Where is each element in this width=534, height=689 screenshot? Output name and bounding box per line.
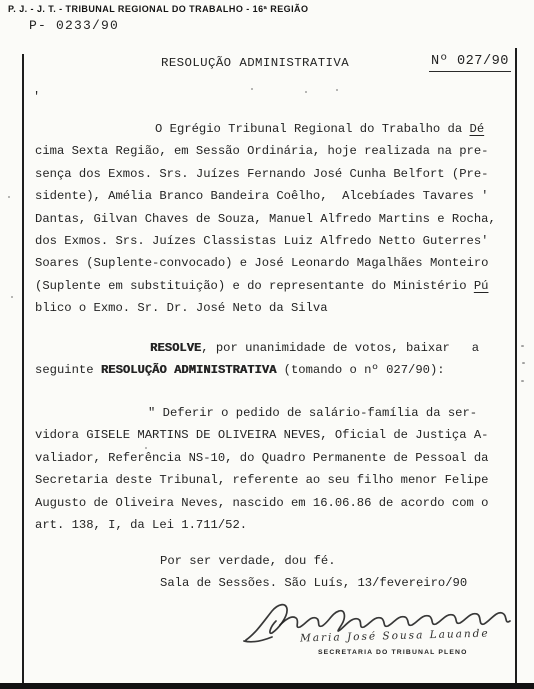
text-segment: , por unanimidade de votos, baixar a	[201, 341, 479, 355]
text-line: dos Exmos. Srs. Juízes Classistas Luiz A…	[35, 230, 521, 252]
page-border-right	[515, 48, 517, 683]
scan-speck	[418, 585, 420, 587]
closing-place-date-line: Sala de Sessões. São Luís, 13/fevereiro/…	[35, 572, 521, 594]
resolution-number: Nº 027/90	[429, 54, 511, 72]
document-title: RESOLUÇÃO ADMINISTRATIVA	[161, 56, 349, 70]
text-line: sença dos Exmos. Srs. Juízes Fernando Jo…	[35, 163, 521, 185]
text-line: blico o Exmo. Sr. Dr. José Neto da Silva	[35, 297, 521, 319]
stamp-office-title: SECRETARIA DO TRIBUNAL PLENO	[318, 649, 468, 656]
scan-speck	[8, 196, 10, 198]
scan-speck	[305, 91, 307, 93]
underlined-syllable: Dé	[470, 122, 485, 136]
scan-speck	[522, 362, 525, 364]
closing-block: Por ser verdade, dou fé. Sala de Sessões…	[35, 550, 521, 595]
text-line: O Egrégio Tribunal Regional do Trabalho …	[35, 118, 521, 140]
process-number: P- 0233/90	[29, 18, 119, 33]
text-line: Dantas, Gilvan Chaves de Souza, Manuel A…	[35, 208, 521, 230]
scan-speck	[251, 88, 253, 90]
text-line: art. 138, I, da Lei 1.711/52.	[35, 514, 521, 536]
text-line: RESOLVE, por unanimidade de votos, baixa…	[35, 337, 521, 359]
emphasized-word: RESOLVE	[150, 341, 201, 355]
letterhead: P. J. - J. T. - TRIBUNAL REGIONAL DO TRA…	[8, 4, 308, 14]
text-line: " Deferir o pedido de salário-família da…	[35, 402, 521, 424]
underlined-syllable: Pú	[474, 279, 489, 293]
scan-stray-mark: '	[33, 90, 40, 104]
text-segment: O Egrégio Tribunal Regional do Trabalho …	[155, 122, 470, 136]
text-segment: (Suplente em substituição) e do represen…	[35, 279, 474, 293]
scan-speck	[521, 380, 524, 382]
emphasized-words: RESOLUÇÃO ADMINISTRATIVA	[101, 363, 277, 377]
page-border-left	[22, 54, 24, 683]
text-line: valiador, Referência NS-10, do Quadro Pe…	[35, 447, 521, 469]
scan-speck	[521, 345, 524, 347]
scan-speck	[336, 89, 338, 91]
text-line: cima Sexta Região, em Sessão Ordinária, …	[35, 140, 521, 162]
scan-speck	[145, 447, 147, 449]
scan-speck	[11, 296, 13, 298]
scanned-document-page: P. J. - J. T. - TRIBUNAL REGIONAL DO TRA…	[0, 0, 534, 689]
text-line: Soares (Suplente-convocado) e José Leona…	[35, 252, 521, 274]
text-segment: seguinte	[35, 363, 101, 377]
text-line: Augusto de Oliveira Neves, nascido em 16…	[35, 492, 521, 514]
text-line: sidente), Amélia Branco Bandeira Coêlho,…	[35, 185, 521, 207]
paragraph-resolve: RESOLVE, por unanimidade de votos, baixa…	[35, 337, 521, 382]
paragraph-deferral: " Deferir o pedido de salário-família da…	[35, 402, 521, 536]
scan-bottom-edge	[0, 683, 534, 689]
text-segment: (tomando o nº 027/90):	[276, 363, 444, 377]
text-line: vidora GISELE MARTINS DE OLIVEIRA NEVES,…	[35, 424, 521, 446]
paragraph-preamble: O Egrégio Tribunal Regional do Trabalho …	[35, 118, 521, 320]
text-line: (Suplente em substituição) e do represen…	[35, 275, 521, 297]
text-line: Secretaria deste Tribunal, referente ao …	[35, 469, 521, 491]
closing-attestation-line: Por ser verdade, dou fé.	[35, 550, 521, 572]
text-line: seguinte RESOLUÇÃO ADMINISTRATIVA (toman…	[35, 359, 521, 381]
